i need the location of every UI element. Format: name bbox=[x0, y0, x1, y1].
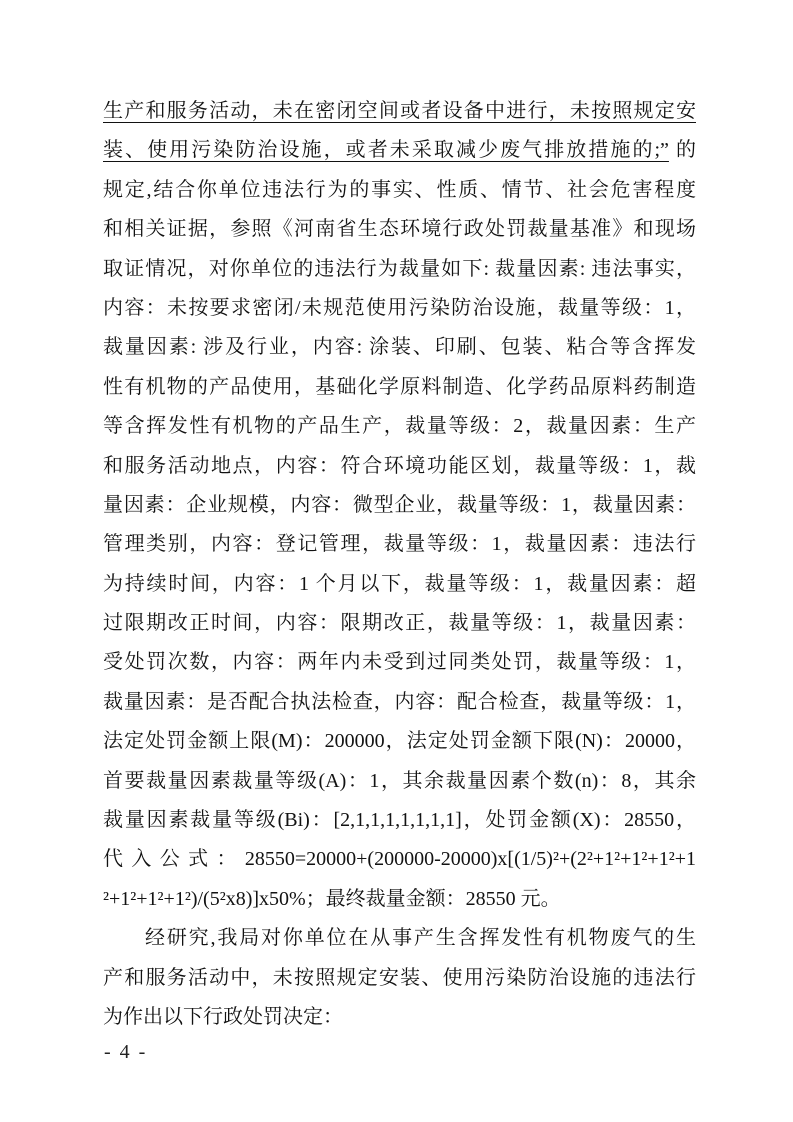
text-line: 和服务活动地点，内容：符合环境功能区划，裁量等级：1，裁 bbox=[103, 447, 696, 486]
text-line: 过限期改正时间，内容：限期改正，裁量等级：1，裁量因素： bbox=[103, 604, 696, 643]
underlined-clause: 装、使用污染防治设施，或者未采取减少废气排放措施的;” bbox=[103, 139, 669, 161]
plain-clause: 的 bbox=[669, 139, 696, 161]
text-line: 管理类别，内容：登记管理，裁量等级：1，裁量因素：违法行 bbox=[103, 525, 696, 564]
text-line-formula-end: ²+1²+1²+1²)/(5²x8)]x50%；最终裁量金额：28550 元。 bbox=[103, 880, 696, 919]
text-line: 和相关证据，参照《河南省生态环境行政处罚裁量基准》和现场 bbox=[103, 210, 696, 249]
text-line-paragraph-end: 为作出以下行政处罚决定： bbox=[103, 998, 696, 1037]
document-page: 生产和服务活动，未在密闭空间或者设备中进行，未按照规定安 装、使用污染防治设施，… bbox=[0, 0, 793, 1122]
text-line: 内容：未按要求密闭/未规范使用污染防治设施，裁量等级：1， bbox=[103, 289, 696, 328]
text-line: 性有机物的产品使用，基础化学原料制造、化学药品原料药制造 bbox=[103, 368, 696, 407]
document-body: 生产和服务活动，未在密闭空间或者设备中进行，未按照规定安 装、使用污染防治设施，… bbox=[103, 92, 696, 1037]
text-line-underlined: 生产和服务活动，未在密闭空间或者设备中进行，未按照规定安 bbox=[103, 92, 696, 131]
page-number: - 4 - bbox=[104, 1040, 147, 1064]
text-line-formula: 代入公式：28550=20000+(200000-20000)x[(1/5)²+… bbox=[103, 840, 696, 879]
text-line: 等含挥发性有机物的产品生产，裁量等级：2，裁量因素：生产 bbox=[103, 407, 696, 446]
text-line: 首要裁量因素裁量等级(A)：1，其余裁量因素个数(n)：8，其余 bbox=[103, 762, 696, 801]
text-line: 裁量因素: 涉及行业，内容: 涂装、印刷、包装、粘合等含挥发 bbox=[103, 328, 696, 367]
text-line-mixed: 装、使用污染防治设施，或者未采取减少废气排放措施的;” 的 bbox=[103, 131, 696, 170]
text-line: 取证情况，对你单位的违法行为裁量如下: 裁量因素: 违法事实， bbox=[103, 250, 696, 289]
text-line: 裁量因素裁量等级(Bi)：[2,1,1,1,1,1,1,1]，处罚金额(X)：2… bbox=[103, 801, 696, 840]
text-line: 产和服务活动中，未按照规定安装、使用污染防治设施的违法行 bbox=[103, 959, 696, 998]
text-line-paragraph-start: 经研究,我局对你单位在从事产生含挥发性有机物废气的生 bbox=[103, 919, 696, 958]
text-line: 为持续时间，内容：1 个月以下，裁量等级：1，裁量因素：超 bbox=[103, 565, 696, 604]
text-line: 量因素：企业规模，内容：微型企业，裁量等级：1，裁量因素： bbox=[103, 486, 696, 525]
text-line: 裁量因素：是否配合执法检查，内容：配合检查，裁量等级：1， bbox=[103, 683, 696, 722]
text-line: 受处罚次数，内容：两年内未受到过同类处罚，裁量等级：1， bbox=[103, 643, 696, 682]
text-line: 法定处罚金额上限(M)：200000，法定处罚金额下限(N)：20000， bbox=[103, 722, 696, 761]
text-line: 规定,结合你单位违法行为的事实、性质、情节、社会危害程度 bbox=[103, 171, 696, 210]
